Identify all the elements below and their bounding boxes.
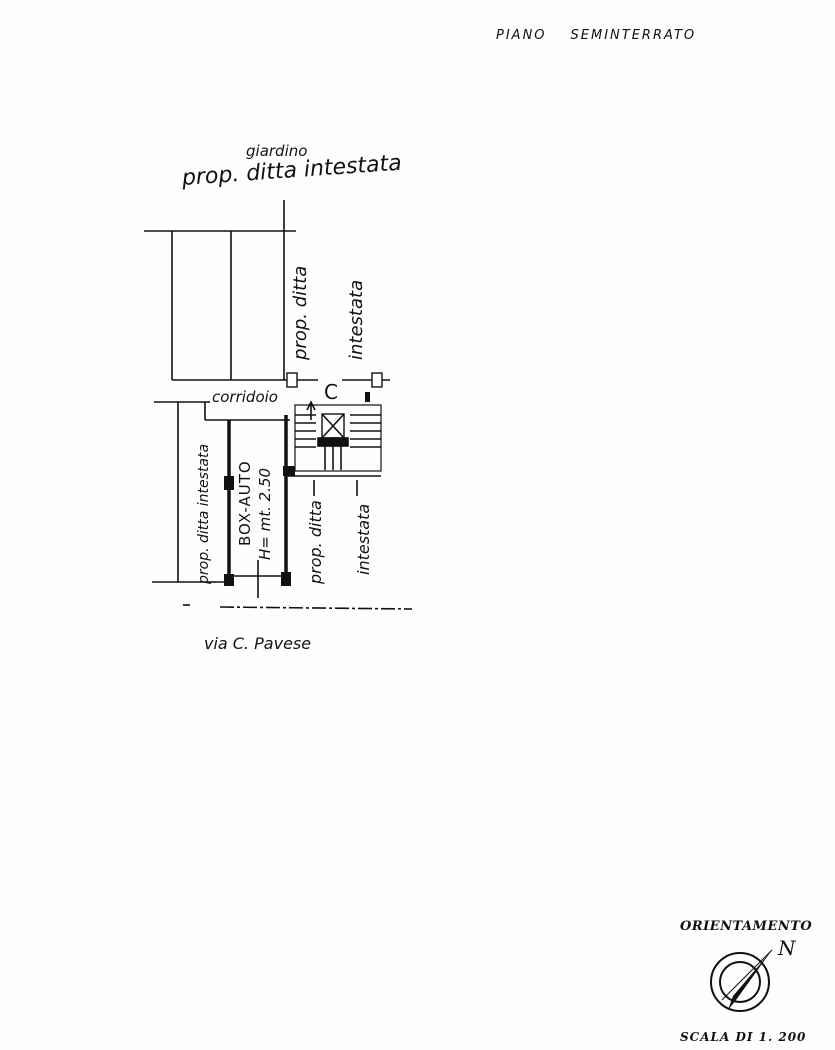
property-right-upper-line1: prop. ditta [290,266,311,360]
compass-icon [711,950,772,1011]
orientation-label: ORIENTAMENTO [680,919,812,934]
plan-drawing [0,0,835,1050]
floor-plan-sheet: PIANOSEMINTERRATO [0,0,835,1050]
property-right-lower-line2: intestata [354,504,373,575]
property-left-label: prop. ditta intestata [196,444,212,584]
north-label: N [778,936,796,960]
garage-height-label: H= mt. 2.50 [256,468,274,560]
garage-label: BOX-AUTO [236,460,254,546]
corridor-label: corridoio [212,388,278,406]
property-right-lower-line1: prop. ditta [306,500,325,584]
scale-label: SCALA DI 1. 200 [680,1030,806,1044]
property-right-upper-line2: intestata [346,280,367,360]
stair-block-label: C [324,380,338,404]
street-label: via C. Pavese [204,634,311,653]
